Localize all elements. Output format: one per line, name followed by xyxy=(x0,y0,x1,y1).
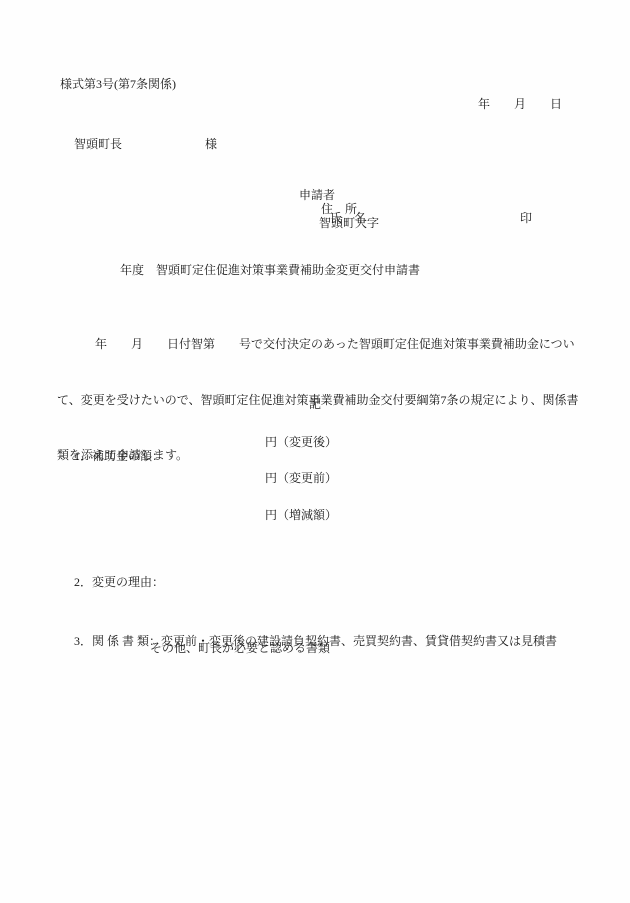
item-2-label: 変更の理由： xyxy=(92,575,164,589)
seal-label: 印 xyxy=(520,211,532,225)
date-line: 年 月 日 xyxy=(478,97,562,111)
addressee-name: 智頭町長 xyxy=(74,137,122,151)
addressee-honorific: 様 xyxy=(205,137,217,151)
item-1-label: 補助金の額： xyxy=(92,449,164,463)
applicant-name-label: 氏 名 xyxy=(330,211,366,225)
amount-after-change: 円（変更後） xyxy=(265,435,337,449)
item-subsidy-amount: 1．補助金の額： xyxy=(62,435,164,477)
document-page: 様式第3号(第7条関係) 年 月 日 智頭町長 様 申請者 住 所 智頭町大字 … xyxy=(0,0,630,903)
document-title: 年度 智頭町定住促進対策事業費補助金変更交付申請書 xyxy=(120,263,420,277)
amount-difference: 円（増減額） xyxy=(265,508,337,522)
item-3-documents-line-2: その他、町長が必要と認める書類 xyxy=(150,641,330,655)
item-3-number: 3． xyxy=(74,634,92,648)
item-1-number: 1． xyxy=(74,449,92,463)
item-2-number: 2． xyxy=(74,575,92,589)
form-number-label: 様式第3号(第7条関係) xyxy=(60,77,176,91)
applicant-label: 申請者 xyxy=(299,188,335,202)
record-marker: 記 xyxy=(0,397,630,411)
applicant-line: 申請者 住 所 智頭町大字 xyxy=(287,174,379,244)
amount-before-change: 円（変更前） xyxy=(265,471,337,485)
item-change-reason: 2．変更の理由： xyxy=(62,561,164,603)
paragraph-line-1: 年 月 日付智第 号で交付決定のあった智頭町定住促進対策事業費補助金につい xyxy=(57,335,582,354)
